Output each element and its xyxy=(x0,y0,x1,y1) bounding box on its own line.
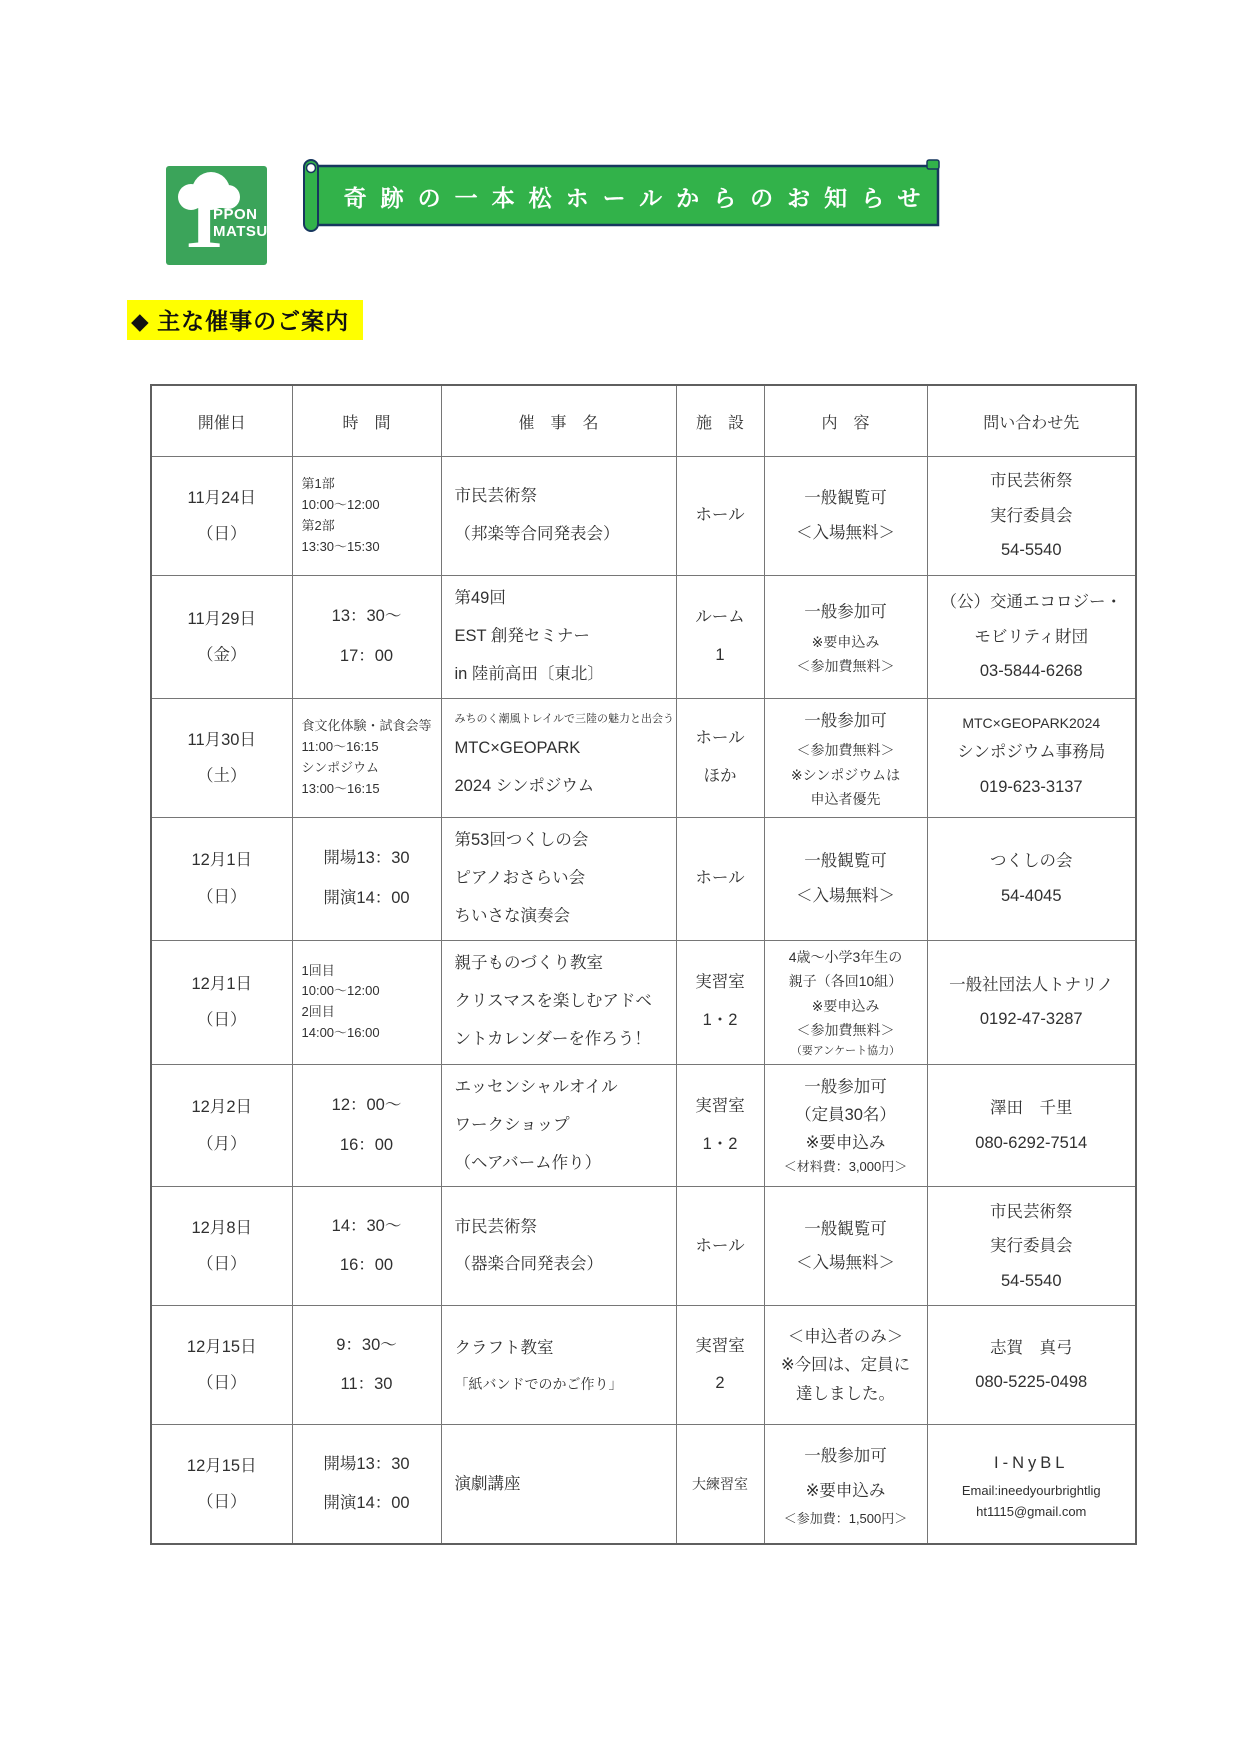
cell-line: （邦楽等合同発表会） xyxy=(455,516,670,554)
cell-event: クラフト教室「紙バンドでのかご作り」 xyxy=(441,1306,676,1425)
cell-line: 12月1日 xyxy=(154,966,290,1002)
cell-time: 第1部10:00～12:00第2部13:30～15:30 xyxy=(292,457,441,576)
cell-line: 実習室 xyxy=(679,1088,762,1126)
cell-event: 親子ものづくり教室クリスマスを楽しむアドベントカレンダーを作ろう！ xyxy=(441,940,676,1064)
cell-line: 第49回 xyxy=(455,580,670,618)
cell-line: 9：30～ xyxy=(295,1326,439,1366)
cell-line: （公）交通エコロジー・ xyxy=(930,585,1134,620)
cell-content: 一般参加可※要申込み＜参加費無料＞ xyxy=(764,576,927,699)
cell-line: 第2部 xyxy=(295,516,439,537)
cell-time: 開場13：30開演14：00 xyxy=(292,817,441,940)
cell-line: 食文化体験・試食会等 xyxy=(295,716,439,737)
cell-line: 12月15日 xyxy=(154,1448,290,1484)
cell-line: 54-4045 xyxy=(930,879,1134,914)
cell-line: 達しました。 xyxy=(767,1380,925,1408)
cell-line: 12月8日 xyxy=(154,1210,290,1246)
cell-line: ※要申込み xyxy=(767,994,925,1019)
cell-line: クリスマスを楽しむアドベ xyxy=(455,983,670,1021)
cell-line: 2024 シンポジウム xyxy=(455,768,670,806)
cell-event: 市民芸術祭（器楽合同発表会） xyxy=(441,1187,676,1306)
cell-line: ※要申込み xyxy=(767,1129,925,1157)
cell-line: 大練習室 xyxy=(679,1468,762,1500)
cell-date: 11月24日（日） xyxy=(151,457,292,576)
cell-contact: つくしの会54-4045 xyxy=(927,817,1136,940)
cell-line: 実行委員会 xyxy=(930,1229,1134,1264)
cell-line: 開場13：30 xyxy=(295,839,439,879)
cell-line: （土） xyxy=(154,758,290,794)
cell-line: 12月15日 xyxy=(154,1329,290,1365)
cell-facility: 実習室2 xyxy=(676,1306,764,1425)
cell-facility: ホールほか xyxy=(676,698,764,817)
cell-line: 市民芸術祭 xyxy=(930,1195,1134,1230)
cell-line: 03-5844-6268 xyxy=(930,654,1134,689)
cell-contact: I-NyBLEmail:ineedyourbrightlight1115@gma… xyxy=(927,1425,1136,1545)
cell-content: 一般観覧可＜入場無料＞ xyxy=(764,817,927,940)
cell-line: モビリティ財団 xyxy=(930,620,1134,655)
cell-facility: 実習室1・2 xyxy=(676,940,764,1064)
cell-line: ＜入場無料＞ xyxy=(767,516,925,551)
table-row: 12月15日（日）9：30～11：30クラフト教室「紙バンドでのかご作り」実習室… xyxy=(151,1306,1136,1425)
cell-line: ちいさな演奏会 xyxy=(455,898,670,936)
flyer-page: 1 PPON MATSU 奇跡の一本松ホールからのお知らせ ◆ 主な催事のご案内… xyxy=(0,0,1241,1755)
cell-line: 080-5225-0498 xyxy=(930,1365,1134,1400)
table-header-row: 開催日 時 間 催 事 名 施 設 内 容 問い合わせ先 xyxy=(151,385,1136,457)
cell-time: 12：00～16：00 xyxy=(292,1064,441,1187)
cell-line: 11：30 xyxy=(295,1365,439,1405)
cell-line: シンポジウム xyxy=(295,758,439,779)
cell-line: 14:00～16:00 xyxy=(295,1023,439,1044)
cell-line: ホール xyxy=(679,860,762,898)
cell-contact: 市民芸術祭実行委員会54-5540 xyxy=(927,457,1136,576)
cell-event: 市民芸術祭（邦楽等合同発表会） xyxy=(441,457,676,576)
cell-line: 11:00～16:15 xyxy=(295,737,439,758)
cell-date: 12月15日（日） xyxy=(151,1306,292,1425)
cell-line: ※今回は、定員に xyxy=(767,1351,925,1379)
cell-line: 一般社団法人トナリノ xyxy=(930,968,1134,1003)
cell-line: ＜参加費無料＞ xyxy=(767,739,925,763)
cell-line: ルーム xyxy=(679,599,762,637)
cell-line: 16：00 xyxy=(295,1126,439,1166)
cell-event: みちのく潮風トレイルで三陸の魅力と出会うMTC×GEOPARK2024 シンポジ… xyxy=(441,698,676,817)
cell-line: ＜入場無料＞ xyxy=(767,879,925,914)
col-header-facility: 施 設 xyxy=(676,385,764,457)
cell-line: 11月30日 xyxy=(154,722,290,758)
cell-event: 第49回EST 創発セミナーin 陸前高田〔東北〕 xyxy=(441,576,676,699)
cell-line: 一般参加可 xyxy=(767,1073,925,1101)
cell-line: 開場13：30 xyxy=(295,1445,439,1485)
cell-line: 演劇講座 xyxy=(455,1466,670,1504)
cell-content: 一般参加可＜参加費無料＞※シンポジウムは申込者優先 xyxy=(764,698,927,817)
cell-line: MTC×GEOPARK xyxy=(455,730,670,768)
cell-line: ＜申込者のみ＞ xyxy=(767,1323,925,1351)
cell-line: みちのく潮風トレイルで三陸の魅力と出会う xyxy=(455,709,670,730)
cell-line: 開演14：00 xyxy=(295,879,439,919)
cell-line: （ヘアバーム作り） xyxy=(455,1145,670,1183)
cell-line: EST 創発セミナー xyxy=(455,618,670,656)
col-header-content: 内 容 xyxy=(764,385,927,457)
cell-line: 54-5540 xyxy=(930,1264,1134,1299)
cell-line: 54-5540 xyxy=(930,533,1134,568)
col-header-time: 時 間 xyxy=(292,385,441,457)
cell-line: 11月29日 xyxy=(154,601,290,637)
cell-line: 市民芸術祭 xyxy=(455,1209,670,1247)
cell-line: 1・2 xyxy=(679,1126,762,1164)
events-table: 開催日 時 間 催 事 名 施 設 内 容 問い合わせ先 11月24日（日）第1… xyxy=(150,384,1137,1545)
cell-line: 1回目 xyxy=(295,961,439,982)
cell-line: ホール xyxy=(679,720,762,758)
cell-line: 10:00～12:00 xyxy=(295,981,439,1002)
col-header-date: 開催日 xyxy=(151,385,292,457)
cell-line: 019-623-3137 xyxy=(930,770,1134,805)
cell-line: 1 xyxy=(679,637,762,675)
cell-line: 実習室 xyxy=(679,964,762,1002)
cell-time: 食文化体験・試食会等11:00～16:15シンポジウム13:00～16:15 xyxy=(292,698,441,817)
cell-line: 11月24日 xyxy=(154,480,290,516)
cell-line: 志賀 真弓 xyxy=(930,1331,1134,1366)
cell-line: 実行委員会 xyxy=(930,499,1134,534)
cell-content: 一般参加可（定員30名）※要申込み＜材料費：3,000円＞ xyxy=(764,1064,927,1187)
logo-text-line1: PPON xyxy=(213,206,267,223)
cell-line: ＜入場無料＞ xyxy=(767,1246,925,1281)
cell-date: 11月30日（土） xyxy=(151,698,292,817)
cell-line: エッセンシャルオイル xyxy=(455,1069,670,1107)
cell-line: 一般参加可 xyxy=(767,704,925,739)
cell-date: 11月29日（金） xyxy=(151,576,292,699)
events-tbody: 11月24日（日）第1部10:00～12:00第2部13:30～15:30市民芸… xyxy=(151,457,1136,1545)
cell-line: ほか xyxy=(679,758,762,796)
cell-line: つくしの会 xyxy=(930,844,1134,879)
cell-line: ホール xyxy=(679,497,762,535)
cell-event: 演劇講座 xyxy=(441,1425,676,1545)
cell-line: （日） xyxy=(154,879,290,915)
cell-facility: ホール xyxy=(676,1187,764,1306)
col-header-event: 催 事 名 xyxy=(441,385,676,457)
cell-line: 市民芸術祭 xyxy=(930,464,1134,499)
cell-line: （器楽合同発表会） xyxy=(455,1246,670,1284)
cell-contact: 澤田 千里080-6292-7514 xyxy=(927,1064,1136,1187)
banner-title: 奇跡の一本松ホールからのお知らせ xyxy=(324,167,940,225)
table-row: 12月8日（日）14：30～16：00市民芸術祭（器楽合同発表会）ホール一般観覧… xyxy=(151,1187,1136,1306)
cell-contact: MTC×GEOPARK2024シンポジウム事務局019-623-3137 xyxy=(927,698,1136,817)
cell-line: 2 xyxy=(679,1365,762,1403)
cell-line: 一般観覧可 xyxy=(767,844,925,879)
cell-line: 一般観覧可 xyxy=(767,1212,925,1247)
cell-line: ＜参加費：1,500円＞ xyxy=(767,1509,925,1530)
cell-line: 一般参加可 xyxy=(767,1439,925,1474)
table-row: 11月29日（金）13：30～17：00第49回EST 創発セミナーin 陸前高… xyxy=(151,576,1136,699)
cell-line: 一般観覧可 xyxy=(767,481,925,516)
cell-line: 12月2日 xyxy=(154,1089,290,1125)
table-row: 12月15日（日）開場13：30開演14：00演劇講座大練習室一般参加可※要申込… xyxy=(151,1425,1136,1545)
cell-line: 実習室 xyxy=(679,1328,762,1366)
cell-line: ＜参加費無料＞ xyxy=(767,1018,925,1043)
cell-line: 「紙バンドでのかご作り」 xyxy=(455,1368,670,1400)
col-header-contact: 問い合わせ先 xyxy=(927,385,1136,457)
cell-line: MTC×GEOPARK2024 xyxy=(930,711,1134,736)
cell-event: 第53回つくしの会ピアノおさらい会ちいさな演奏会 xyxy=(441,817,676,940)
cell-line: 12月1日 xyxy=(154,842,290,878)
cell-content: 一般観覧可＜入場無料＞ xyxy=(764,1187,927,1306)
cell-line: ントカレンダーを作ろう！ xyxy=(455,1021,670,1059)
cell-line: ※シンポジウムは xyxy=(767,763,925,788)
cell-line: 親子（各回10組） xyxy=(767,969,925,994)
cell-facility: 大練習室 xyxy=(676,1425,764,1545)
cell-line: 親子ものづくり教室 xyxy=(455,945,670,983)
cell-line: 澤田 千里 xyxy=(930,1091,1134,1126)
cell-facility: 実習室1・2 xyxy=(676,1064,764,1187)
cell-line: I-NyBL xyxy=(930,1446,1134,1481)
cell-line: 2回目 xyxy=(295,1002,439,1023)
cell-line: Email:ineedyourbrightlig xyxy=(930,1481,1134,1502)
table-row: 11月24日（日）第1部10:00～12:00第2部13:30～15:30市民芸… xyxy=(151,457,1136,576)
cell-line: 13:30～15:30 xyxy=(295,537,439,558)
cell-line: 12：00～ xyxy=(295,1086,439,1126)
logo-wordmark: PPON MATSU xyxy=(213,206,267,240)
cell-line: 開演14：00 xyxy=(295,1484,439,1524)
table-row: 12月1日（日）開場13：30開演14：00第53回つくしの会ピアノおさらい会ち… xyxy=(151,817,1136,940)
cell-content: 一般観覧可＜入場無料＞ xyxy=(764,457,927,576)
cell-content: 4歳～小学3年生の親子（各回10組）※要申込み＜参加費無料＞（要アンケート協力） xyxy=(764,940,927,1064)
cell-line: シンポジウム事務局 xyxy=(930,735,1134,770)
cell-time: 14：30～16：00 xyxy=(292,1187,441,1306)
cell-line: 13:00～16:15 xyxy=(295,779,439,800)
cell-line: 第53回つくしの会 xyxy=(455,822,670,860)
cell-line: 14：30～ xyxy=(295,1207,439,1247)
cell-line: （日） xyxy=(154,1246,290,1282)
cell-line: ホール xyxy=(679,1228,762,1266)
cell-line: ＜参加費無料＞ xyxy=(767,654,925,679)
logo-text-line2: MATSU xyxy=(213,223,267,240)
cell-line: （定員30名） xyxy=(767,1101,925,1129)
ipponmatsu-logo: 1 PPON MATSU xyxy=(166,166,267,265)
cell-line: in 陸前高田〔東北〕 xyxy=(455,656,670,694)
cell-contact: 志賀 真弓080-5225-0498 xyxy=(927,1306,1136,1425)
cell-facility: ルーム1 xyxy=(676,576,764,699)
cell-line: 16：00 xyxy=(295,1246,439,1286)
cell-time: 13：30～17：00 xyxy=(292,576,441,699)
cell-content: ＜申込者のみ＞※今回は、定員に達しました。 xyxy=(764,1306,927,1425)
cell-line: クラフト教室 xyxy=(455,1330,670,1368)
cell-line: （日） xyxy=(154,1365,290,1401)
table-row: 12月1日（日）1回目10:00～12:002回目14:00～16:00親子もの… xyxy=(151,940,1136,1064)
cell-time: 開場13：30開演14：00 xyxy=(292,1425,441,1545)
cell-line: 10:00～12:00 xyxy=(295,495,439,516)
cell-date: 12月1日（日） xyxy=(151,817,292,940)
cell-line: ピアノおさらい会 xyxy=(455,860,670,898)
cell-line: 一般参加可 xyxy=(767,595,925,630)
announcement-banner: 奇跡の一本松ホールからのお知らせ xyxy=(300,157,944,235)
cell-date: 12月15日（日） xyxy=(151,1425,292,1545)
cell-time: 9：30～11：30 xyxy=(292,1306,441,1425)
cell-line: ＜材料費：3,000円＞ xyxy=(767,1157,925,1178)
cell-line: 13：30～ xyxy=(295,597,439,637)
cell-contact: 市民芸術祭実行委員会54-5540 xyxy=(927,1187,1136,1306)
cell-line: 4歳～小学3年生の xyxy=(767,945,925,970)
section-heading: ◆ 主な催事のご案内 xyxy=(127,300,363,340)
cell-line: （要アンケート協力） xyxy=(767,1043,925,1060)
cell-line: ※要申込み xyxy=(767,630,925,655)
cell-facility: ホール xyxy=(676,457,764,576)
cell-line: 申込者優先 xyxy=(767,787,925,812)
cell-line: ワークショップ xyxy=(455,1107,670,1145)
cell-line: （月） xyxy=(154,1126,290,1162)
cell-content: 一般参加可※要申込み＜参加費：1,500円＞ xyxy=(764,1425,927,1545)
cell-contact: （公）交通エコロジー・モビリティ財団03-5844-6268 xyxy=(927,576,1136,699)
table-row: 12月2日（月）12：00～16：00エッセンシャルオイルワークショップ（ヘアバ… xyxy=(151,1064,1136,1187)
cell-facility: ホール xyxy=(676,817,764,940)
cell-line: （日） xyxy=(154,1484,290,1520)
cell-date: 12月8日（日） xyxy=(151,1187,292,1306)
cell-line: 0192-47-3287 xyxy=(930,1002,1134,1037)
cell-date: 12月2日（月） xyxy=(151,1064,292,1187)
cell-line: 市民芸術祭 xyxy=(455,478,670,516)
cell-line: 080-6292-7514 xyxy=(930,1126,1134,1161)
cell-line: 第1部 xyxy=(295,474,439,495)
cell-line: （金） xyxy=(154,637,290,673)
cell-line: 17：00 xyxy=(295,637,439,677)
cell-contact: 一般社団法人トナリノ0192-47-3287 xyxy=(927,940,1136,1064)
cell-date: 12月1日（日） xyxy=(151,940,292,1064)
cell-line: ※要申込み xyxy=(767,1474,925,1509)
cell-line: （日） xyxy=(154,1002,290,1038)
cell-event: エッセンシャルオイルワークショップ（ヘアバーム作り） xyxy=(441,1064,676,1187)
cell-line: ht1115@gmail.com xyxy=(930,1502,1134,1523)
table-row: 11月30日（土）食文化体験・試食会等11:00～16:15シンポジウム13:0… xyxy=(151,698,1136,817)
cell-line: （日） xyxy=(154,516,290,552)
cell-time: 1回目10:00～12:002回目14:00～16:00 xyxy=(292,940,441,1064)
cell-line: 1・2 xyxy=(679,1002,762,1040)
